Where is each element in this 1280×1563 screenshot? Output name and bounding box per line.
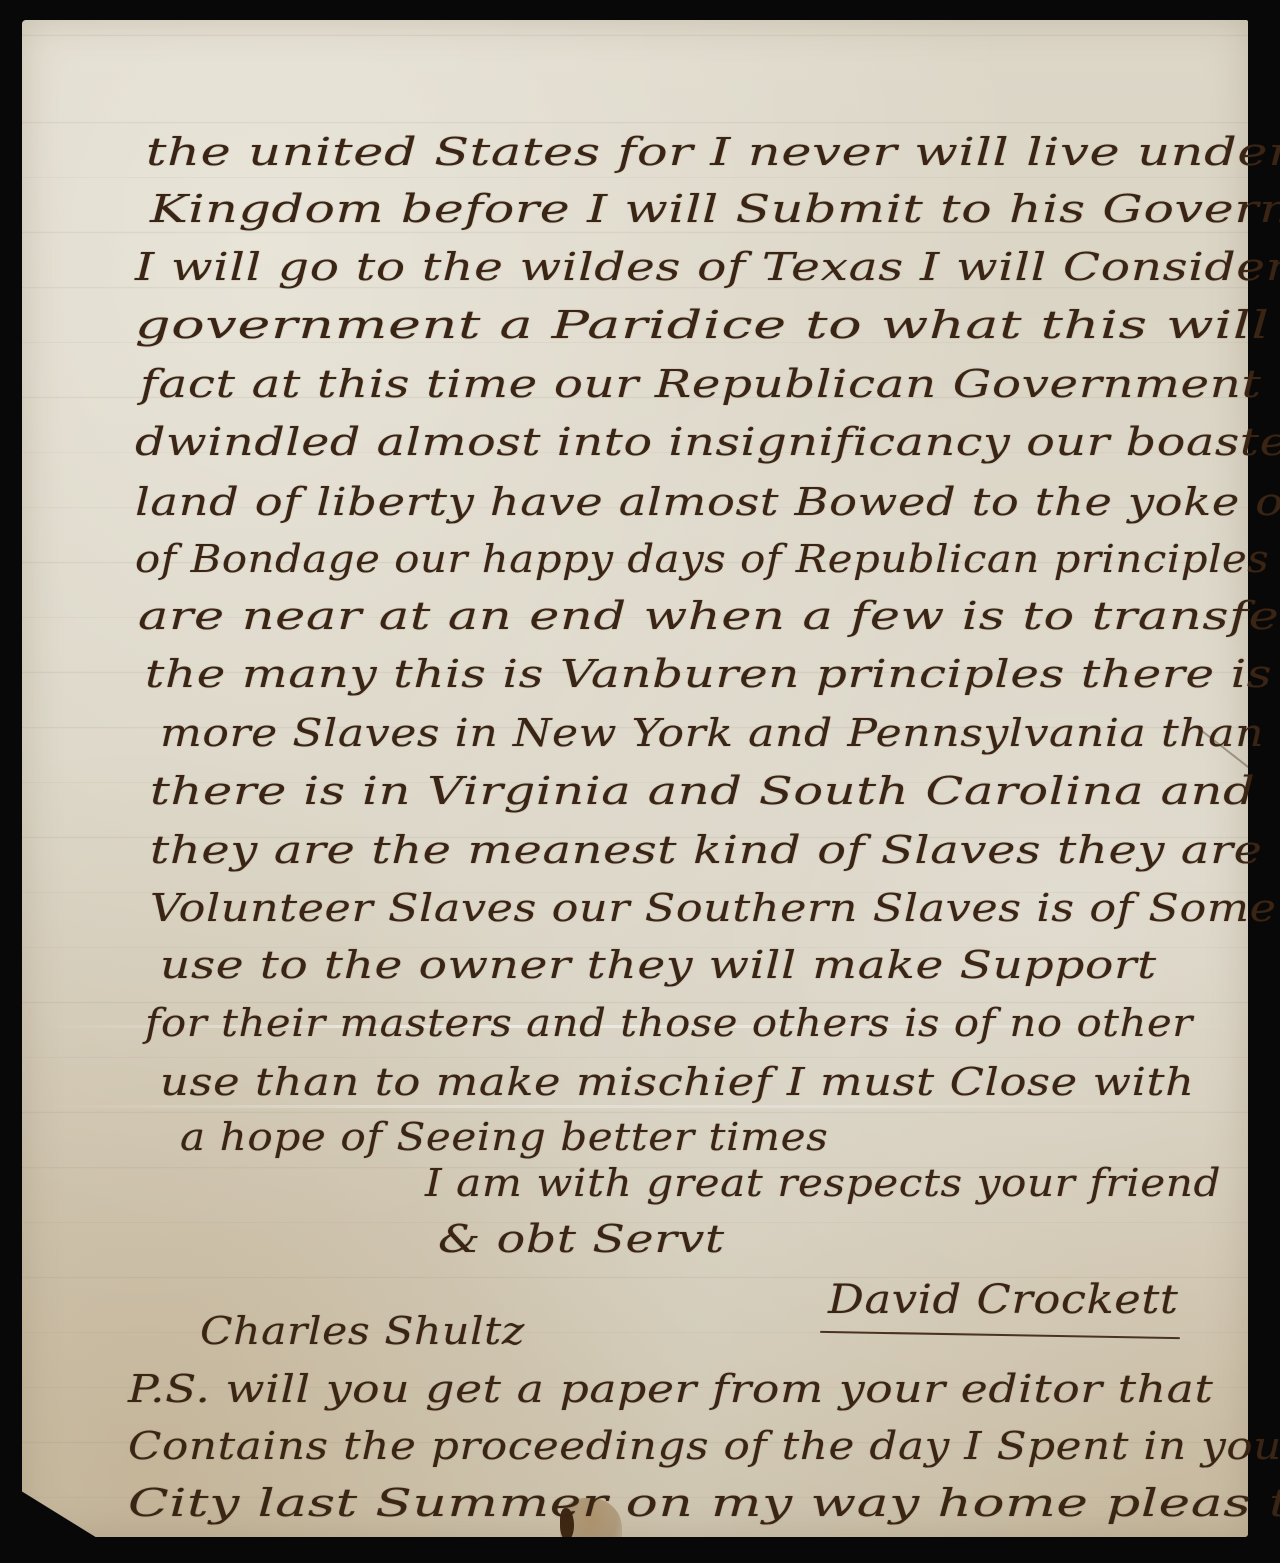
letter-line: a hope of Seeing better times [180,1118,828,1156]
letter-line: more Slaves in New York and Pennsylvania… [160,714,1264,752]
closing-line: & obt Servt [438,1220,725,1258]
letter-line: government a Paridice to what this will … [135,306,1280,344]
closing-line: I am with great respects your friend [425,1164,1221,1202]
letter-line: the united States for I never will live … [146,133,1280,171]
letter-line: land of liberty have almost Bowed to the… [135,483,1280,521]
letter-line: dwindled almost into insignificancy our … [135,423,1280,461]
letter-line: use to the owner they will make Support [160,946,1157,984]
letter-line: Kingdom before I will Submit to his Gove… [150,190,1280,228]
letter-line: Volunteer Slaves our Southern Slaves is … [150,889,1276,927]
postscript-line: P.S. will you get a paper from your edit… [128,1370,1213,1408]
letter-line: of Bondage our happy days of Republican … [135,540,1269,578]
letter-line: for their masters and those others is of… [145,1004,1193,1042]
recipient-name: Charles Shultz [200,1312,525,1350]
signature: David Crockett [828,1280,1178,1320]
postscript-line: Contains the proceedings of the day I Sp… [128,1427,1280,1465]
letter-line: are near at an end when a few is to tran… [138,597,1280,635]
letter-line: fact at this time our Republican Governm… [140,365,1280,403]
letter-line: the many this is Vanburen principles the… [145,655,1272,693]
letter-line: they are the meanest kind of Slaves they… [150,831,1280,869]
letter-line: I will go to the wildes of Texas I will … [135,248,1280,286]
letter-line: use than to make mischief I must Close w… [160,1063,1195,1101]
postscript-line: City last Summer on my way home pleas to [128,1484,1280,1522]
paper-crease [42,1105,1238,1108]
letter-line: there is in Virginia and South Carolina … [150,772,1255,810]
